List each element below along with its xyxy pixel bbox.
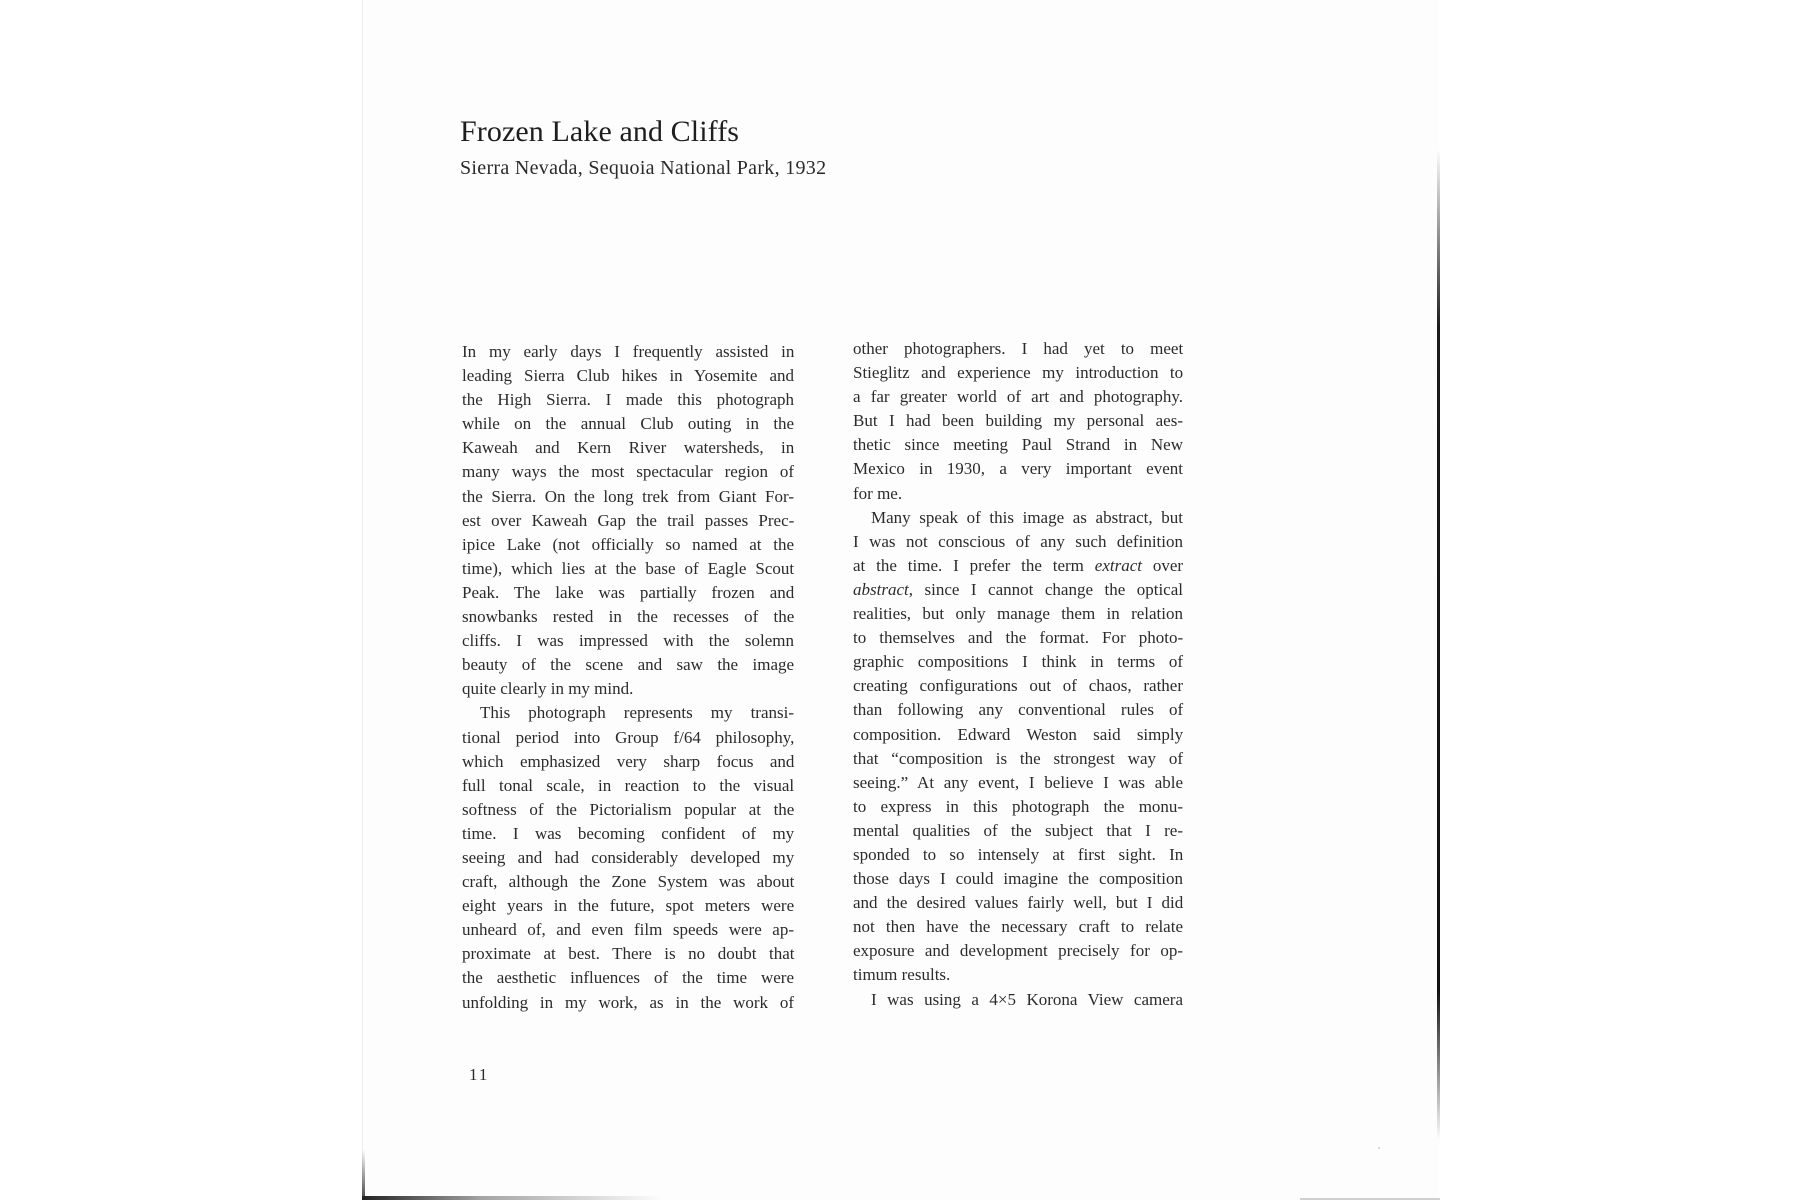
- text-line: to express in this photograph the monu-: [853, 795, 1183, 819]
- text-line: craft, although the Zone System was abou…: [462, 870, 794, 894]
- text-line: eight years in the future, spot meters w…: [462, 894, 794, 918]
- text-line: while on the annual Club outing in the: [462, 412, 794, 436]
- text-line: not then have the necessary craft to rel…: [853, 915, 1183, 939]
- text-line: cliffs. I was impressed with the solemn: [462, 629, 794, 653]
- text-line: the High Sierra. I made this photograph: [462, 388, 794, 412]
- text-line: Kaweah and Kern River watersheds, in: [462, 436, 794, 460]
- text-line: other photographers. I had yet to meet: [853, 337, 1183, 361]
- text-line: leading Sierra Club hikes in Yosemite an…: [462, 364, 794, 388]
- text-line: for me.: [853, 482, 1183, 506]
- text-line: ipice Lake (not officially so named at t…: [462, 533, 794, 557]
- page-subtitle: Sierra Nevada, Sequoia National Park, 19…: [460, 153, 826, 183]
- text-line: creating configurations out of chaos, ra…: [853, 674, 1183, 698]
- text-line: those days I could imagine the compositi…: [853, 867, 1183, 891]
- text-line: time. I was becoming confident of my: [462, 822, 794, 846]
- text-line: graphic compositions I think in terms of: [853, 650, 1183, 674]
- text-fragment: at the time. I prefer the term: [853, 556, 1095, 575]
- text-fragment: over: [1142, 556, 1183, 575]
- text-column-right: other photographers. I had yet to meet S…: [853, 337, 1183, 1012]
- text-line: Stieglitz and experience my introduction…: [853, 361, 1183, 385]
- italic-term-extract: extract: [1095, 556, 1142, 575]
- page-edge-shadow-left: [362, 1150, 365, 1200]
- page-number: 11: [469, 1065, 489, 1085]
- text-line: full tonal scale, in reaction to the vis…: [462, 774, 794, 798]
- text-line: beauty of the scene and saw the image: [462, 653, 794, 677]
- text-line: unheard of, and even film speeds were ap…: [462, 918, 794, 942]
- text-line: abstract, since I cannot change the opti…: [853, 578, 1183, 602]
- text-line: timum results.: [853, 963, 1183, 987]
- text-line: to themselves and the format. For photo-: [853, 626, 1183, 650]
- page-edge-shadow-bottom: [362, 1196, 662, 1200]
- text-line: time), which lies at the base of Eagle S…: [462, 557, 794, 581]
- text-line: thetic since meeting Paul Strand in New: [853, 433, 1183, 457]
- text-line: Peak. The lake was partially frozen and: [462, 581, 794, 605]
- text-line: unfolding in my work, as in the work of: [462, 991, 794, 1015]
- text-line: snowbanks rested in the recesses of the: [462, 605, 794, 629]
- text-line: Many speak of this image as abstract, bu…: [853, 506, 1183, 530]
- text-line: the aesthetic influences of the time wer…: [462, 966, 794, 990]
- text-line: seeing.” At any event, I believe I was a…: [853, 771, 1183, 795]
- text-line: softness of the Pictorialism popular at …: [462, 798, 794, 822]
- text-line: tional period into Group f/64 philosophy…: [462, 726, 794, 750]
- text-line: many ways the most spectacular region of: [462, 460, 794, 484]
- text-line: composition. Edward Weston said simply: [853, 723, 1183, 747]
- plate-heading: Frozen Lake and Cliffs Sierra Nevada, Se…: [460, 113, 826, 183]
- text-fragment: , since I cannot change the optical: [909, 580, 1183, 599]
- text-line: realities, but only manage them in relat…: [853, 602, 1183, 626]
- text-line: exposure and development precisely for o…: [853, 939, 1183, 963]
- text-line: which emphasized very sharp focus and: [462, 750, 794, 774]
- text-line: quite clearly in my mind.: [462, 677, 794, 701]
- page-edge-shadow-right: [1437, 150, 1440, 1140]
- text-column-left: In my early days I frequently assisted i…: [462, 340, 794, 1015]
- text-line: Mexico in 1930, a very important event: [853, 457, 1183, 481]
- scan-speck: [1378, 1147, 1380, 1149]
- text-line: mental qualities of the subject that I r…: [853, 819, 1183, 843]
- text-line: est over Kaweah Gap the trail passes Pre…: [462, 509, 794, 533]
- text-line: But I had been building my personal aes-: [853, 409, 1183, 433]
- text-line: a far greater world of art and photograp…: [853, 385, 1183, 409]
- text-line: the Sierra. On the long trek from Giant …: [462, 485, 794, 509]
- text-line: In my early days I frequently assisted i…: [462, 340, 794, 364]
- page-title: Frozen Lake and Cliffs: [460, 113, 826, 151]
- text-line: proximate at best. There is no doubt tha…: [462, 942, 794, 966]
- text-line: I was using a 4×5 Korona View camera: [853, 988, 1183, 1012]
- text-line: seeing and had considerably developed my: [462, 846, 794, 870]
- text-line: than following any conventional rules of: [853, 698, 1183, 722]
- italic-term-abstract: abstract: [853, 580, 909, 599]
- text-line: that “composition is the strongest way o…: [853, 747, 1183, 771]
- text-line: I was not conscious of any such definiti…: [853, 530, 1183, 554]
- text-line: sponded to so intensely at first sight. …: [853, 843, 1183, 867]
- text-line: at the time. I prefer the term extract o…: [853, 554, 1183, 578]
- text-line: and the desired values fairly well, but …: [853, 891, 1183, 915]
- text-line: This photograph represents my transi-: [462, 701, 794, 725]
